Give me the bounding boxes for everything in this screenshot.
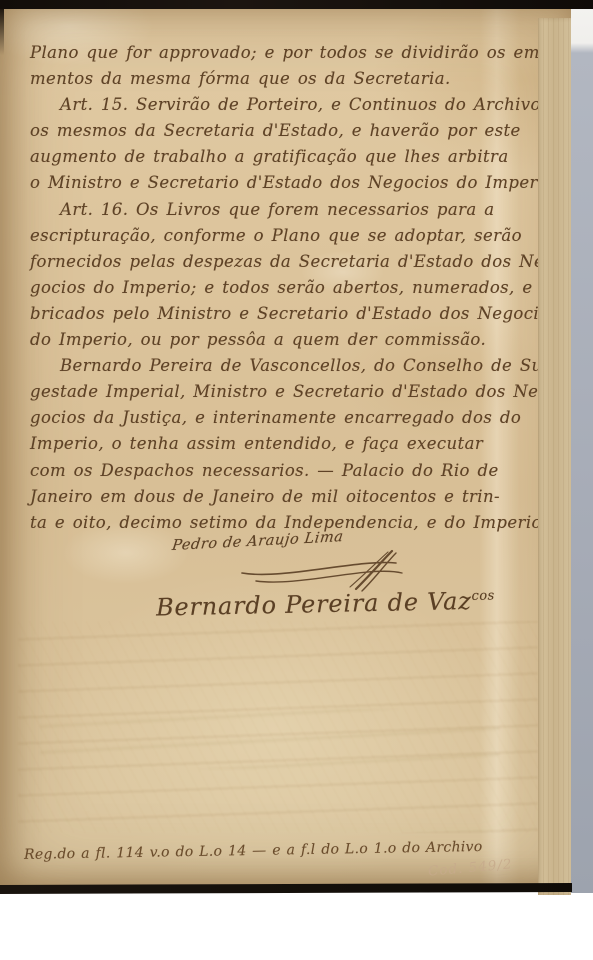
manuscript-line: do Imperio, ou por pessôa a quem der com… xyxy=(30,327,544,353)
registration-note: Reg.do a fl. 114 v.o do L.o 14 — e a f.l… xyxy=(24,839,474,863)
scan-edge-bottom xyxy=(0,883,572,894)
manuscript-line: gestade Imperial, Ministro e Secretario … xyxy=(30,379,544,405)
signature-bernardo-superscript: cos xyxy=(471,588,494,603)
manuscript-line: os mesmos da Secretaria d'Estado, e have… xyxy=(30,118,544,144)
signature-bernardo-pereira: Bernardo Pereira de Vazcos xyxy=(156,586,495,621)
manuscript-line: com os Despachos necessarios. — Palacio … xyxy=(30,458,544,484)
manuscript-line: o Ministro e Secretario d'Estado dos Neg… xyxy=(30,170,544,196)
manuscript-line: Imperio, o tenha assim entendido, e faça… xyxy=(30,431,544,457)
manuscript-line: fornecidos pelas despezas da Secretaria … xyxy=(30,249,544,275)
manuscript-line: mentos da mesma fórma que os da Secretar… xyxy=(30,66,544,92)
manuscript-line: bricados pelo Ministro e Secretario d'Es… xyxy=(30,301,544,327)
signature-bernardo-main: Bernardo Pereira de Vaz xyxy=(156,587,472,622)
manuscript-line: Plano que for approvado; e por todos se … xyxy=(30,40,544,66)
manuscript-line: Janeiro em dous de Janeiro de mil oitoce… xyxy=(30,484,544,510)
manuscript-line: gocios do Imperio; e todos serão abertos… xyxy=(30,275,544,301)
manuscript-line-art15: Art. 15. Servirão de Porteiro, e Continu… xyxy=(30,92,544,118)
verso-showthrough-faint xyxy=(40,709,500,769)
scan-edge-top xyxy=(0,0,593,9)
manuscript-line-closing: Bernardo Pereira de Vasconcellos, do Con… xyxy=(30,353,544,379)
manuscript-line-art16: Art. 16. Os Livros que forem necessarios… xyxy=(30,197,544,223)
manuscript-line: escripturação, conforme o Plano que se a… xyxy=(30,223,544,249)
book-fore-edge xyxy=(538,18,571,895)
document-scan: Plano que for approvado; e por todos se … xyxy=(0,0,593,960)
signature-flourish xyxy=(238,549,408,593)
manuscript-line: gocios da Justiça, e interinamente encar… xyxy=(30,405,544,431)
manuscript-line: augmento de trabalho a gratificação que … xyxy=(30,144,544,170)
manuscript-page: Plano que for approvado; e por todos se … xyxy=(0,9,571,886)
scan-edge-left xyxy=(0,9,4,55)
manuscript-text-block: Plano que for approvado; e por todos se … xyxy=(30,40,544,536)
scan-background-right xyxy=(571,9,593,893)
pencil-code-note: Cod. 549/2 xyxy=(427,856,513,879)
